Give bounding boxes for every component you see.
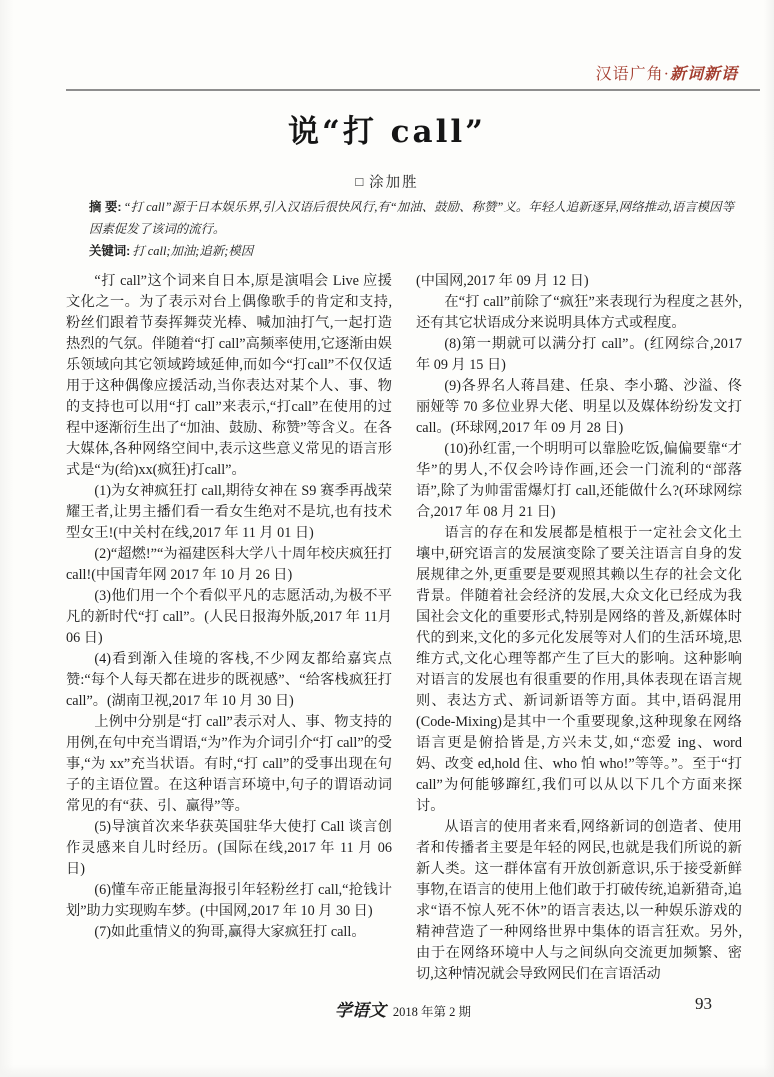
body-paragraph: (10)孙红雷,一个明明可以靠脸吃饭,偏偏要靠“才华”的男人,不仅会吟诗作画,还… <box>416 439 742 523</box>
right-column: (中国网,2017 年 09 月 12 日) 在“打 call”前除了“疯狂”来… <box>416 271 742 985</box>
body-paragraph: (5)导演首次来华获英国驻华大使打 Call 谈言创作灵感来自儿时经历。(国际在… <box>66 817 392 880</box>
body-paragraph: 在“打 call”前除了“疯狂”来表现行为程度之甚外,还有其它状语成分来说明具体… <box>416 292 742 334</box>
footer-journal-info: 学语文2018 年第 2 期 <box>66 996 740 1021</box>
article-author: □涂加胜 <box>0 171 774 192</box>
abstract-block: 摘 要:“打 call”源于日本娱乐界,引入汉语后很快风行,有“加油、鼓励、称赞… <box>89 196 734 262</box>
subsection-name: 新词新语 <box>670 64 738 83</box>
body-paragraph-continuation: (中国网,2017 年 09 月 12 日) <box>416 271 742 292</box>
body-paragraph: (4)看到渐入佳境的客栈,不少网友都给嘉宾点赞:“每个人每天都在进步的既视感”、… <box>66 649 392 712</box>
body-paragraph: “打 call”这个词来自日本,原是演唱会 Live 应援文化之一。为了表示对台… <box>66 271 392 481</box>
page-number: 93 <box>695 994 712 1014</box>
header-divider-line <box>66 89 760 91</box>
body-paragraph: (3)他们用一个个看似平凡的志愿活动,为极不平凡的新时代“打 call”。(人民… <box>66 586 392 649</box>
author-square-icon: □ <box>355 174 365 189</box>
abstract-label: 摘 要: <box>89 200 122 214</box>
article-title: 说“打 call” <box>0 106 774 151</box>
abstract-paragraph: 摘 要:“打 call”源于日本娱乐界,引入汉语后很快风行,有“加油、鼓励、称赞… <box>89 196 734 240</box>
journal-issue: 2018 年第 2 期 <box>393 1005 471 1019</box>
section-header: 汉语广角·新词新语 <box>596 61 738 84</box>
keywords-text: 打 call;加油;追新;模因 <box>132 244 253 258</box>
page-footer: 学语文2018 年第 2 期 93 <box>66 996 740 1026</box>
body-paragraph: 语言的存在和发展都是植根于一定社会文化土壤中,研究语言的发展演变除了要关注语言自… <box>416 523 742 817</box>
body-paragraph: (2)“超燃!”“为福建医科大学八十周年校庆疯狂打 call!(中国青年网 20… <box>66 544 392 586</box>
article-body: “打 call”这个词来自日本,原是演唱会 Live 应援文化之一。为了表示对台… <box>66 271 742 985</box>
left-column: “打 call”这个词来自日本,原是演唱会 Live 应援文化之一。为了表示对台… <box>66 271 392 985</box>
keywords-paragraph: 关键词:打 call;加油;追新;模因 <box>89 240 734 262</box>
abstract-text: “打 call”源于日本娱乐界,引入汉语后很快风行,有“加油、鼓励、称赞”义。年… <box>89 200 734 236</box>
author-name: 涂加胜 <box>369 175 419 191</box>
keywords-label: 关键词: <box>89 244 130 258</box>
section-name: 汉语广角 <box>596 66 664 83</box>
journal-name: 学语文 <box>335 1001 386 1021</box>
journal-page: 汉语广角·新词新语 说“打 call” □涂加胜 摘 要:“打 call”源于日… <box>0 0 774 1077</box>
body-paragraph: 上例中分别是“打 call”表示对人、事、物支持的用例,在句中充当谓语,“为”作… <box>66 712 392 817</box>
body-paragraph: (1)为女神疯狂打 call,期待女神在 S9 赛季再战荣耀王者,让男主播们看一… <box>66 481 392 544</box>
body-paragraph: (8)第一期就可以满分打 call”。(红网综合,2017 年 09 月 15 … <box>416 334 742 376</box>
body-paragraph: (7)如此重情义的狗哥,赢得大家疯狂打 call。 <box>66 922 392 943</box>
body-paragraph: 从语言的使用者来看,网络新词的创造者、使用者和传播者主要是年轻的网民,也就是我们… <box>416 817 742 985</box>
body-paragraph: (6)懂车帝正能量海报引年轻粉丝打 call,“抢钱计划”助力实现购车梦。(中国… <box>66 880 392 922</box>
body-paragraph: (9)各界名人蒋昌建、任泉、李小璐、沙溢、佟丽娅等 70 多位业界大佬、明星以及… <box>416 376 742 439</box>
